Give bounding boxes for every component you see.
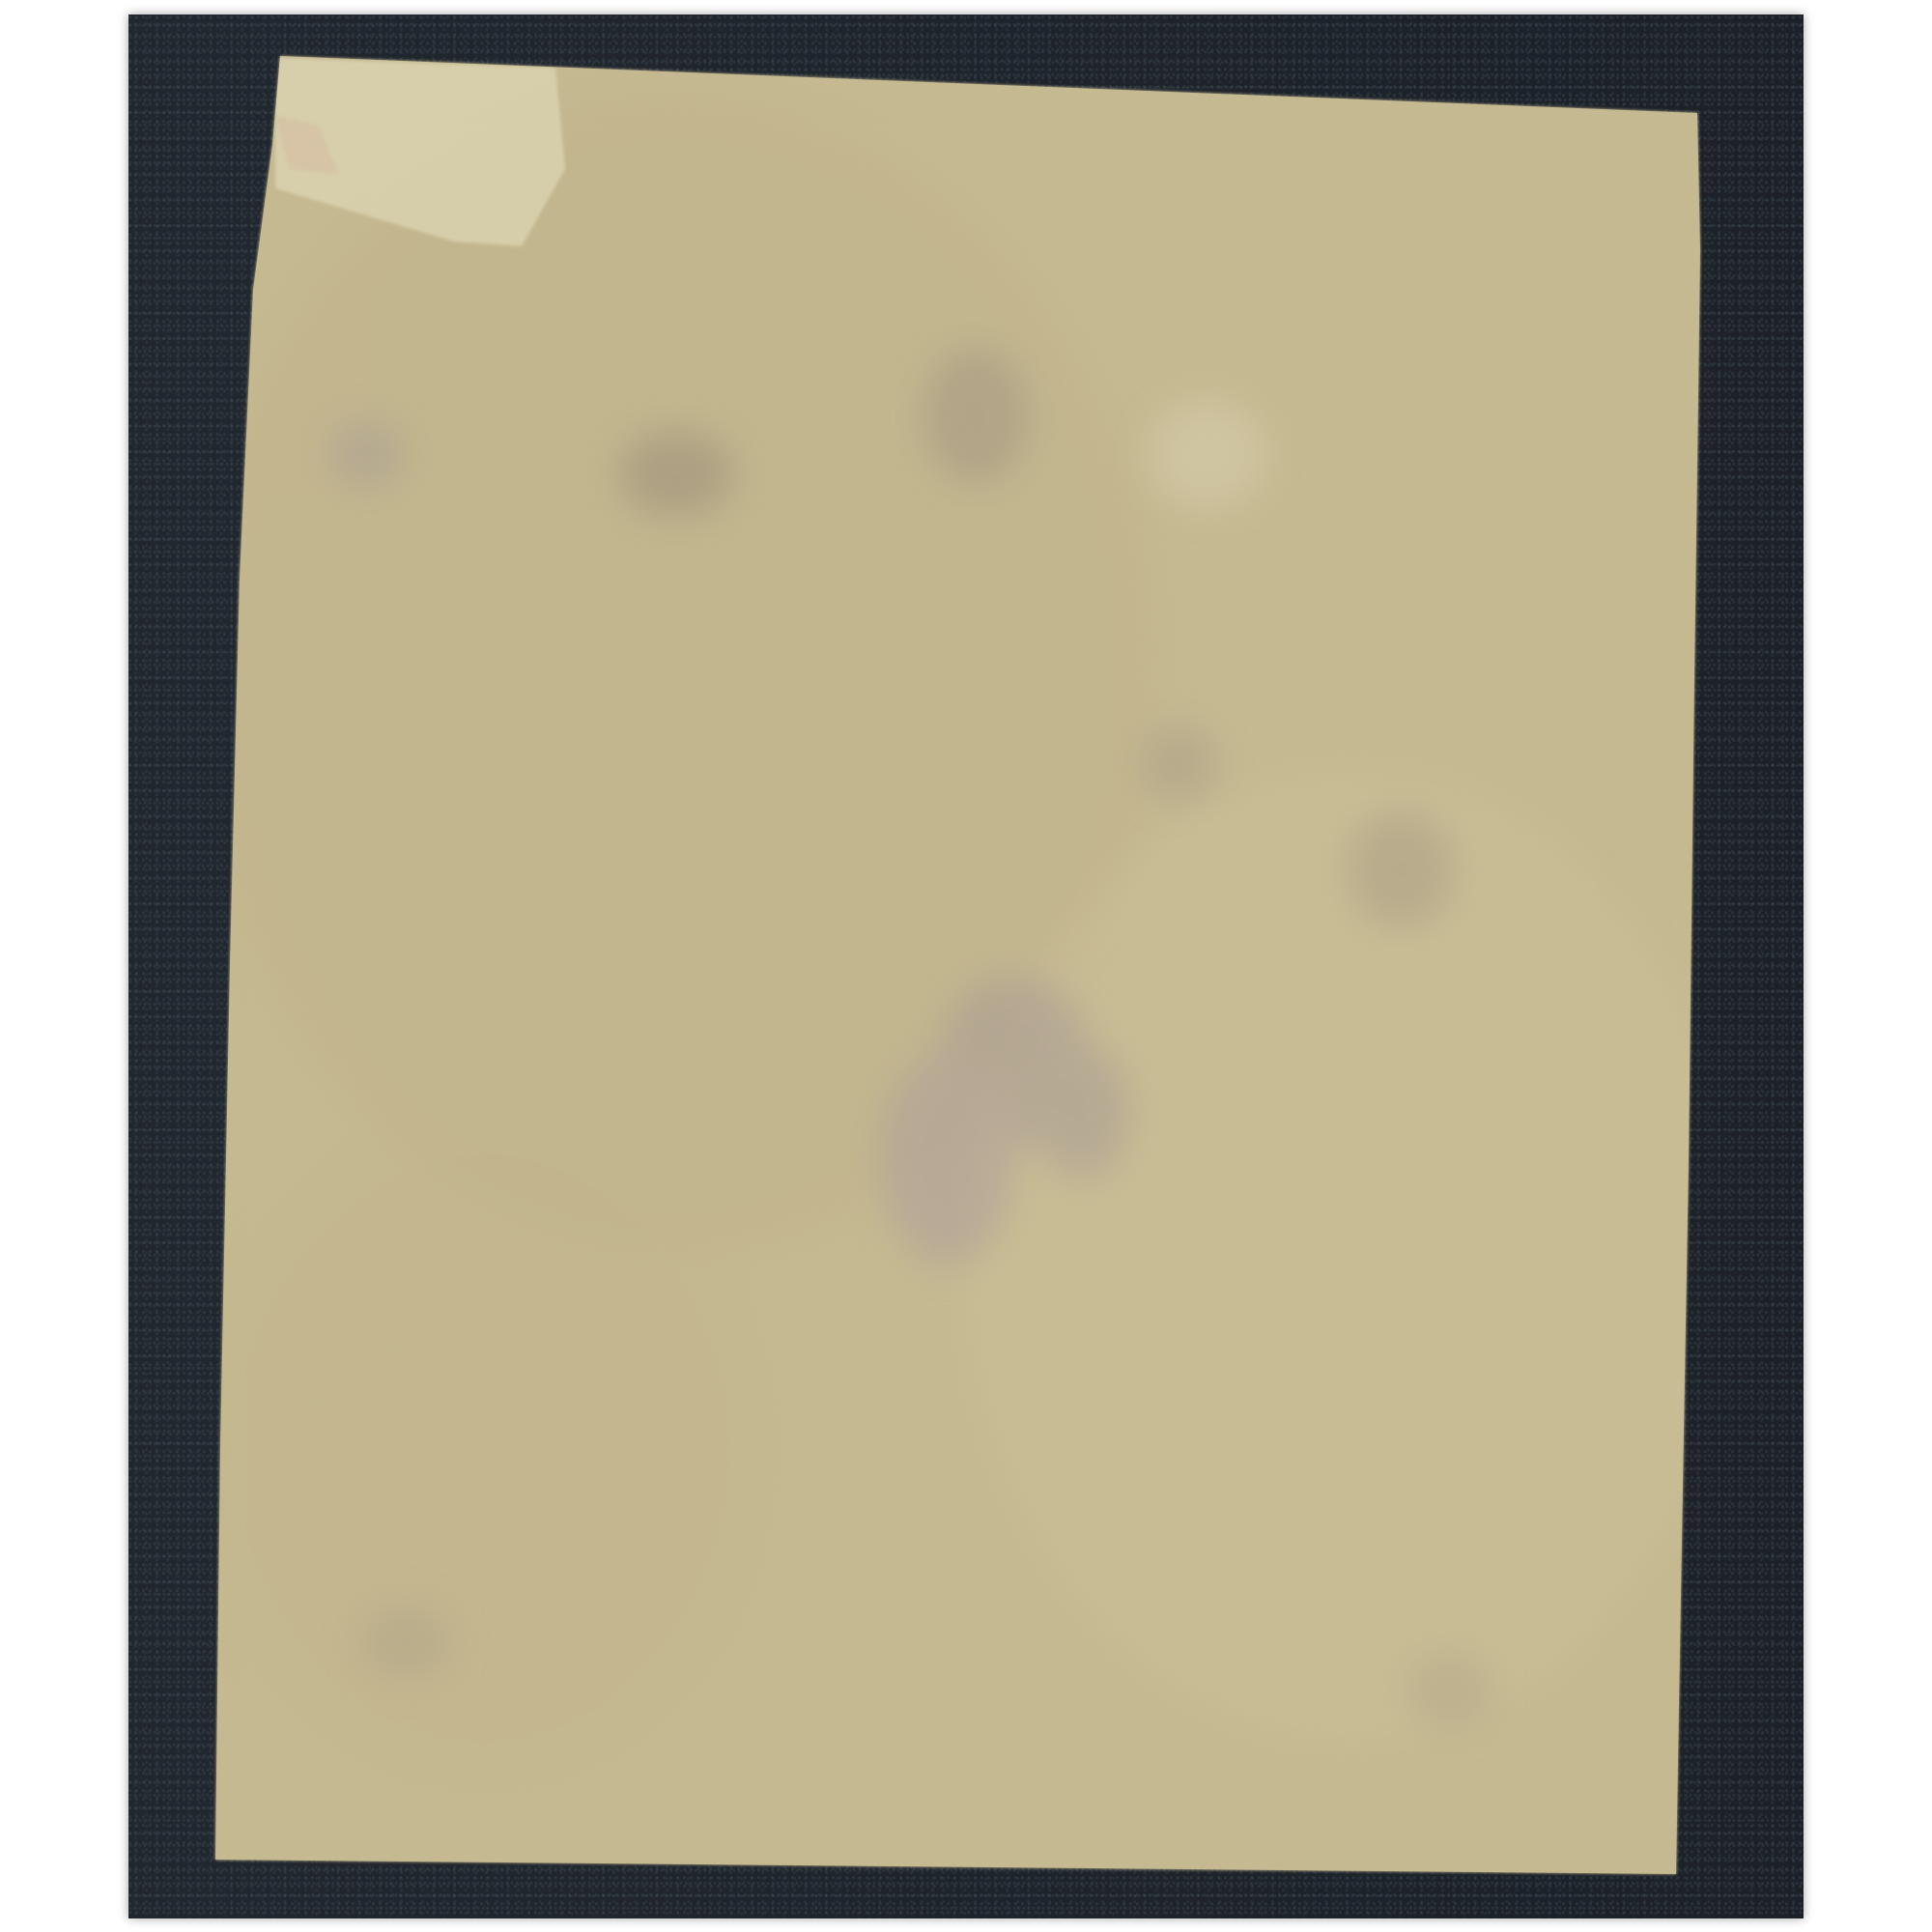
stamp-illustration <box>0 0 1932 1932</box>
stamp-paper <box>193 48 1739 1884</box>
